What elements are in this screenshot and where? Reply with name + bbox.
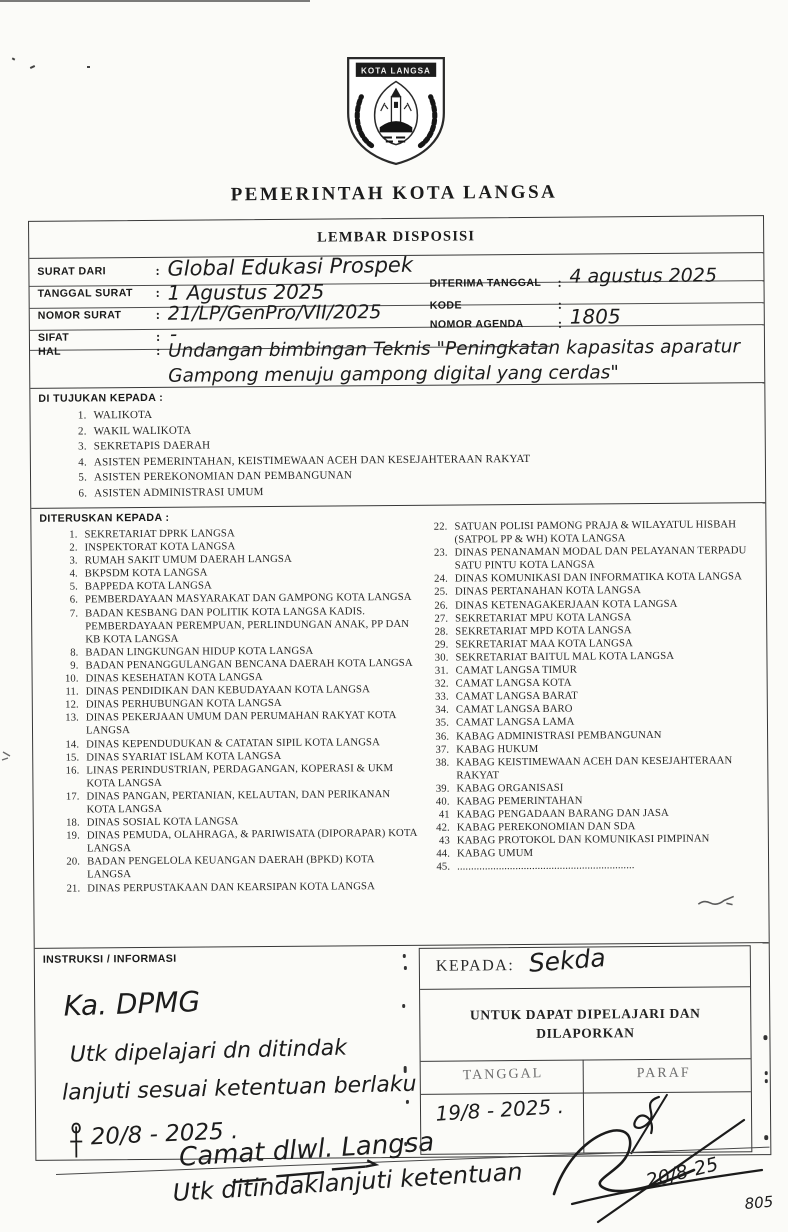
scan-artifact <box>765 1071 768 1075</box>
scan-artifact <box>404 1066 407 1073</box>
colon: : <box>156 343 160 359</box>
field-label-nomor-agenda: NOMOR AGENDA <box>430 318 524 331</box>
list-item: 45......................................… <box>426 859 764 875</box>
letter-meta-section: SURAT DARI TANGGAL SURAT NOMOR SURAT SIF… <box>29 252 764 388</box>
purpose-text: UNTUK DAPAT DIPELAJARI DAN DILAPORKAN <box>450 1003 720 1043</box>
colon: : <box>156 285 160 301</box>
instruction-line: lanjuti sesuai ketentuan berlaku <box>62 1072 417 1106</box>
instruction-line: Ka. DPMG <box>63 986 201 1023</box>
list-item: 17.DINAS PANGAN, PERTANIAN, KELAUTAN, DA… <box>55 788 417 817</box>
scan-artifact <box>403 954 406 958</box>
kepada-row: KEPADA: Sekda <box>420 946 750 990</box>
colon: : <box>558 316 562 332</box>
list-item: 38.KABAG KEISTIMEWAAN ACEH DAN KESEJAHTE… <box>425 754 763 783</box>
nomor-agenda-value: 1805 <box>570 305 621 328</box>
instruksi-header: INSTRUKSI / INFORMASI <box>43 953 177 966</box>
ditujukan-list: 1.WALIKOTA 2.WAKIL WALIKOTA 3.SEKRETAPIS… <box>62 403 745 501</box>
field-label-nomor-surat: NOMOR SURAT <box>38 309 122 322</box>
colon: : <box>558 297 562 313</box>
bottom-signature <box>536 1114 776 1232</box>
scan-artifact <box>402 1004 405 1008</box>
instruction-line: Utk dipelajari dn ditindak <box>69 1036 347 1068</box>
surat-dari-value: Global Edukasi Prospek <box>167 253 413 281</box>
scan-artifact <box>0 0 310 2</box>
list-item: 23.DINAS PENANAMAN MODAL DAN PELAYANAN T… <box>424 544 762 573</box>
kepada-label: KEPADA: <box>436 957 515 976</box>
tanggal-header: TANGGAL <box>463 1066 544 1084</box>
scan-artifact <box>12 57 16 60</box>
field-label-tanggal-surat: TANGGAL SURAT <box>38 287 133 300</box>
scan-artifact <box>406 1100 409 1104</box>
ditujukan-section: DI TUJUKAN KEPADA : 1.WALIKOTA 2.WAKIL W… <box>30 382 765 509</box>
diteruskan-list-left: 1.SEKRETARIAT DPRK LANGSA 2.INSPEKTORAT … <box>53 526 418 895</box>
divider <box>30 302 764 309</box>
list-item: 16.LINAS PERINDUSTRIAN, PERDAGANGAN, KOP… <box>55 762 417 791</box>
colon: : <box>155 263 159 279</box>
diterima-tanggal-value: 4 agustus 2025 <box>569 265 717 288</box>
scan-artifact <box>404 1142 407 1146</box>
field-label-sifat: SIFAT <box>38 332 69 344</box>
diteruskan-list-right: 22.SATUAN POLISI PAMONG PRAJA & WILAYATU… <box>423 518 764 874</box>
field-label-kode: KODE <box>430 299 462 311</box>
list-item: 22.SATUAN POLISI PAMONG PRAJA & WILAYATU… <box>423 518 761 547</box>
hal-value: Undangan bimbingan Teknis "Peningkatan k… <box>168 334 764 389</box>
scan-artifact <box>765 1079 768 1083</box>
scanned-disposition-sheet: KOTA LANGSA PEMERINTAH KOTA LANGSA LEMBA… <box>0 0 788 1232</box>
kepada-value: Sekda <box>528 944 607 979</box>
page-number: 805 <box>744 1194 774 1214</box>
ditujukan-header: DI TUJUKAN KEPADA : <box>38 392 163 405</box>
colon: : <box>156 307 160 323</box>
scan-artifact <box>1 748 17 766</box>
scan-artifact <box>30 65 35 69</box>
field-label-diterima-tanggal: DITERIMA TANGGAL <box>429 277 541 290</box>
list-item: 21.DINAS PERPUSTAKAAN DAN KEARSIPAN KOTA… <box>56 879 418 895</box>
diteruskan-section: DITERUSKAN KEPADA : 1.SEKRETARIAT DPRK L… <box>31 502 768 949</box>
disposition-form: LEMBAR DISPOSISI SURAT DARI TANGGAL SURA… <box>28 215 771 1161</box>
diteruskan-header: DITERUSKAN KEPADA : <box>39 512 169 525</box>
list-item: 20.BADAN PENGELOLA KEUANGAN DAERAH (BPKD… <box>56 853 418 882</box>
flourish-mark <box>68 1120 84 1160</box>
scan-artifact <box>87 66 90 68</box>
field-label-hal: HAL <box>38 346 61 358</box>
list-item: 13.DINAS PEKERJAAN UMUM DAN PERUMAHAN RA… <box>55 709 417 738</box>
scan-artifact <box>763 1035 767 1040</box>
divider <box>30 324 764 331</box>
scan-artifact <box>404 966 407 970</box>
logo-banner-text: KOTA LANGSA <box>361 66 431 75</box>
field-label-surat-dari: SURAT DARI <box>37 265 106 278</box>
paraf-header: PARAF <box>637 1066 691 1082</box>
colon: : <box>557 275 561 291</box>
page-title: PEMERINTAH KOTA LANGSA <box>0 180 788 209</box>
list-item: 7.BADAN KESBANG DAN POLITIK KOTA LANGSA … <box>54 604 416 646</box>
list-item: 19.DINAS PEMUDA, OLAHRAGA, & PARIWISATA … <box>56 827 418 856</box>
nomor-surat-value: 21/LP/GenPro/VII/2025 <box>168 302 382 326</box>
purpose-row: UNTUK DAPAT DIPELAJARI DAN DILAPORKAN <box>420 986 751 1062</box>
city-emblem-logo: KOTA LANGSA <box>338 54 454 168</box>
